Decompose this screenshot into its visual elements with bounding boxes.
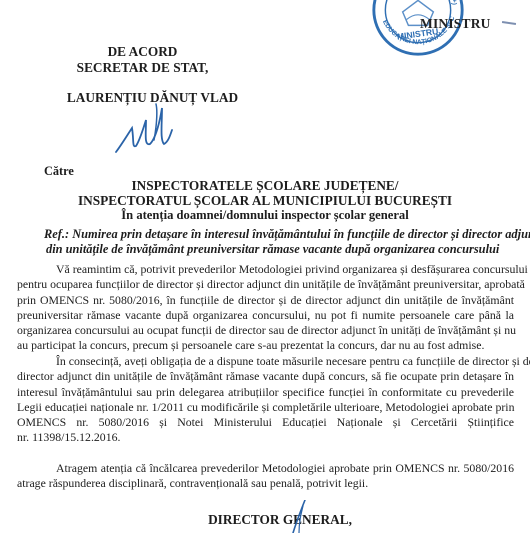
text-line: interesul învățământului sau prin delega… [17, 385, 514, 400]
text-line: Vă reamintim că, potrivit prevederilor M… [17, 262, 514, 277]
signature-icon [285, 500, 315, 533]
body-paragraph-2: În consecință, aveți obligația de a disp… [17, 354, 514, 446]
recipient-line: INSPECTORATUL ȘCOLAR AL MUNICIPIULUI BUC… [0, 193, 530, 208]
recipient-line: INSPECTORATELE ȘCOLARE JUDEȚENE/ [0, 178, 530, 193]
text-line: OMENCS nr. 5080/2016 și Notei Ministerul… [17, 415, 514, 430]
text-line: au participat la concurs, precum și pers… [17, 338, 514, 353]
approver-title: SECRETAR DE STAT, [0, 60, 265, 76]
text-line: pentru ocuparea funcțiilor de director ș… [17, 277, 514, 292]
approval-block: DE ACORD SECRETAR DE STAT, [0, 44, 265, 76]
text-line: atrage răspunderea disciplinară, contrav… [17, 476, 514, 491]
approval-line: DE ACORD [0, 44, 265, 60]
attention-line: În atenția doamnei/domnului inspector șc… [0, 208, 530, 223]
body-paragraph-1: Vă reamintim că, potrivit prevederilor M… [17, 262, 514, 354]
text-line: director adjunct din unitățile de învăță… [17, 369, 514, 384]
text-line: În consecință, aveți obligația de a disp… [17, 354, 514, 369]
director-title: DIRECTOR GENERAL, [0, 512, 530, 528]
text-line: Legii educației naționale nr. 1/2011 cu … [17, 400, 514, 415]
signature-icon [110, 100, 190, 160]
text-line: Atragem atenția că încălcarea prevederil… [17, 461, 514, 476]
text-line: prin OMENCS nr. 5080/2016, în funcțiile … [17, 293, 514, 308]
text-line: preuniversitar rămase vacante după organ… [17, 308, 514, 323]
ministry-label: MINISTRU [420, 16, 491, 32]
body-paragraph-3: Atragem atenția că încălcarea prevederil… [17, 461, 514, 492]
text-line: organizarea concursului au ocupat funcți… [17, 323, 514, 338]
reference-block: Ref.: Numirea prin detașare în interesul… [44, 227, 514, 257]
text-line: nr. 11398/15.12.2016. [17, 430, 514, 445]
recipients-block: INSPECTORATELE ȘCOLARE JUDEȚENE/ INSPECT… [0, 178, 530, 223]
reference-line: din unitățile de învățământ preuniversit… [44, 242, 514, 257]
to-label: Către [44, 164, 74, 179]
svg-text:(+): (+) [451, 0, 458, 5]
signature-stroke [502, 21, 516, 25]
reference-line: Ref.: Numirea prin detașare în interesul… [44, 227, 514, 242]
